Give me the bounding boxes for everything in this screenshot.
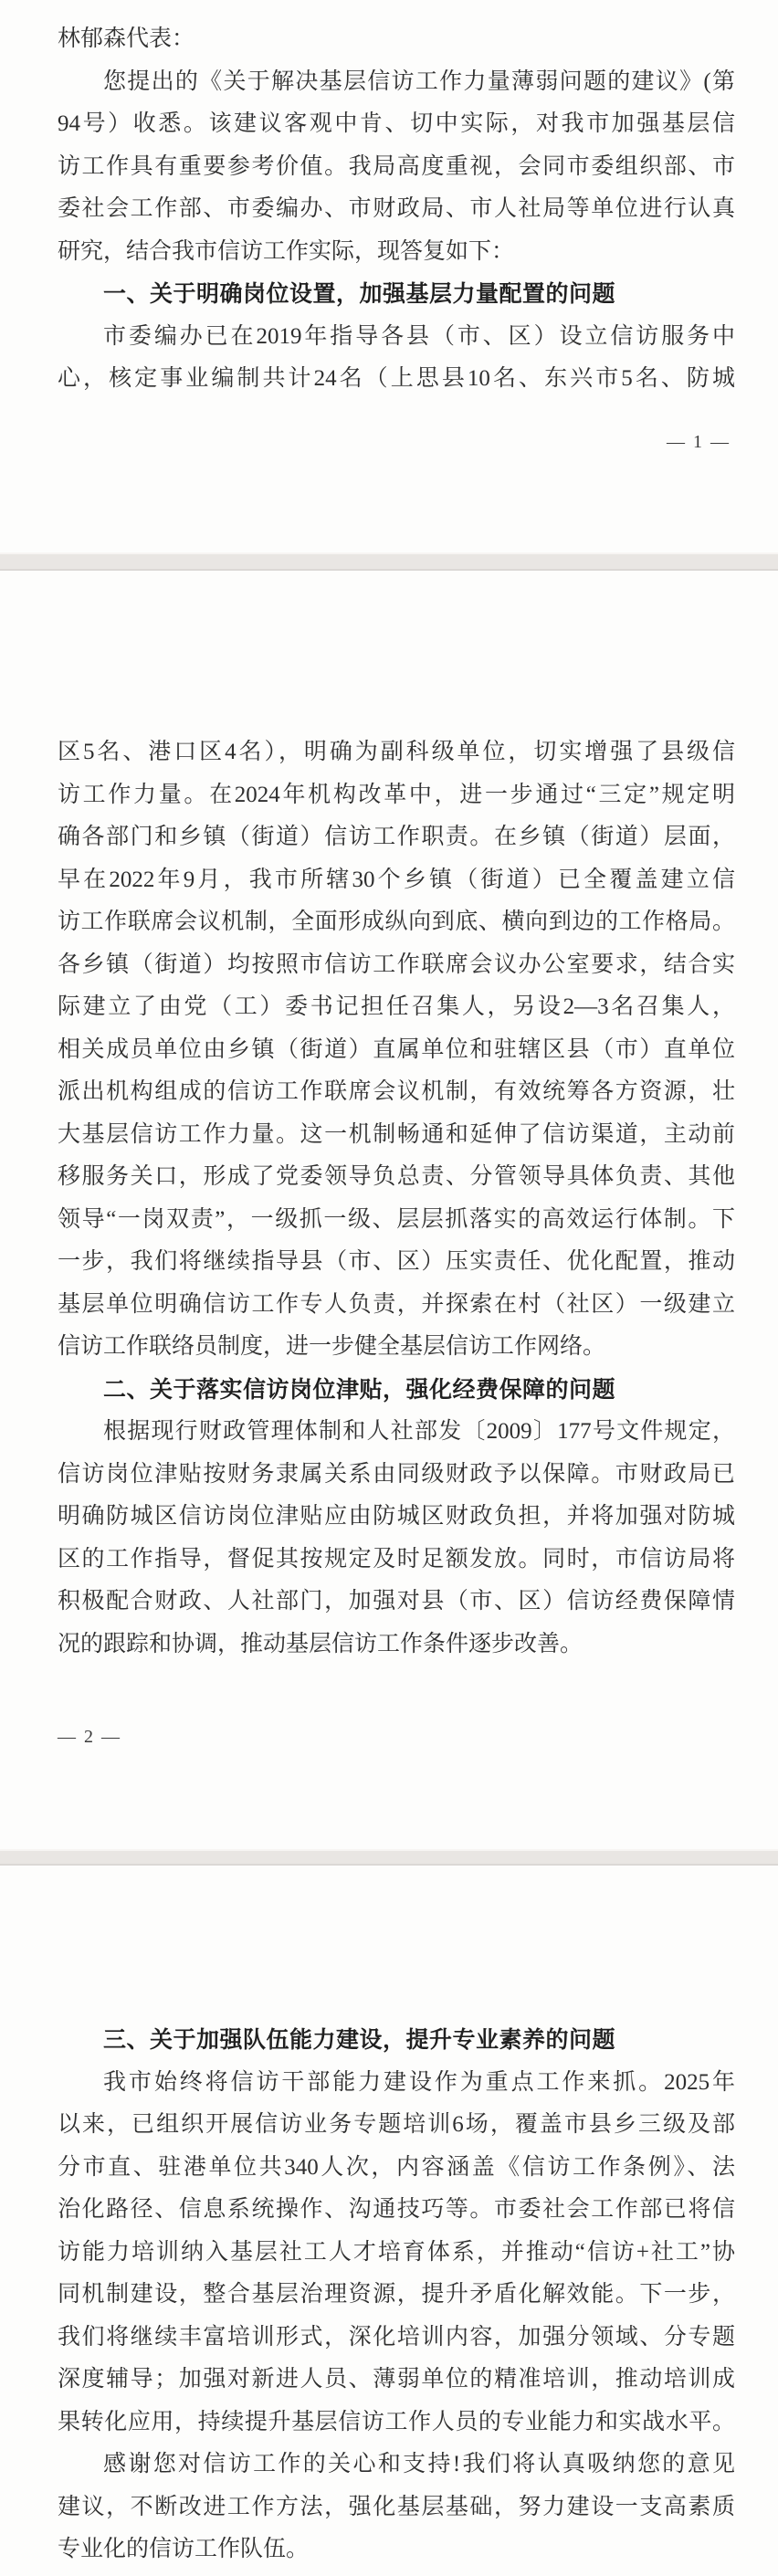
page-number-2: — 2 — (58, 1726, 731, 1748)
text-line: 果转化应用，持续提升基层信访工作人员的专业能力和实战水平。 (58, 2402, 735, 2445)
text-line: 心，核定事业编制共计24名（上思县10名、东兴市5名、防城 (58, 358, 735, 401)
text-line: 我市始终将信访干部能力建设作为重点工作来抓。2025年 (58, 2062, 735, 2105)
text-line: 信访岗位津贴按财务隶属关系由同级财政予以保障。市财政局已 (58, 1454, 735, 1497)
text-line: 专业化的信访工作队伍。 (58, 2529, 735, 2571)
text-line: 况的跟踪和协调，推动基层信访工作条件逐步改善。 (58, 1624, 735, 1667)
text-line: 领导“一岗双责”，一级抓一级、层层抓落实的高效运行体制。下 (58, 1199, 735, 1242)
text-line: 际建立了由党（工）委书记担任召集人，另设2—3名召集人， (58, 986, 735, 1029)
document-page-1: 林郁森代表：您提出的《关于解决基层信访工作力量薄弱问题的建议》(第94号）收悉。… (0, 0, 778, 552)
text-line: 分市直、驻港单位共340人次，内容涵盖《信访工作条例》、法 (58, 2147, 735, 2190)
text-line: 区5名、港口区4名），明确为副科级单位，切实增强了县级信 (58, 731, 735, 774)
text-line: 您提出的《关于解决基层信访工作力量薄弱问题的建议》(第 (58, 61, 735, 104)
text-line: 早在2022年9月，我市所辖30个乡镇（街道）已全覆盖建立信 (58, 859, 735, 902)
document-page-3: 三、关于加强队伍能力建设，提升专业素养的问题我市始终将信访干部能力建设作为重点工… (0, 1866, 778, 2576)
page-3-text-block: 三、关于加强队伍能力建设，提升专业素养的问题我市始终将信访干部能力建设作为重点工… (58, 2019, 735, 2571)
text-line: 建议，不断改进工作方法，强化基层基础，努力建设一支高素质 (58, 2487, 735, 2529)
text-line: 感谢您对信访工作的关心和支持!我们将认真吸纳您的意见 (58, 2444, 735, 2487)
text-line: 委社会工作部、市委编办、市财政局、市人社局等单位进行认真 (58, 188, 735, 231)
text-line: 治化路径、信息系统操作、沟通技巧等。市委社会工作部已将信 (58, 2189, 735, 2232)
text-line: 积极配合财政、人社部门，加强对县（市、区）信访经费保障情 (58, 1581, 735, 1624)
text-line: 移服务关口，形成了党委领导负总责、分管领导具体负责、其他 (58, 1156, 735, 1199)
text-line: 明确防城区信访岗位津贴应由防城区财政负担，并将加强对防城 (58, 1496, 735, 1539)
text-line: 以来，已组织开展信访业务专题培训6场，覆盖市县乡三级及部 (58, 2104, 735, 2147)
text-line: 访能力培训纳入基层社工人才培育体系，并推动“信访+社工”协 (58, 2232, 735, 2275)
page-1-text-block: 林郁森代表：您提出的《关于解决基层信访工作力量薄弱问题的建议》(第94号）收悉。… (58, 18, 735, 401)
text-line: 94号）收悉。该建议客观中肯、切中实际，对我市加强基层信 (58, 103, 735, 146)
text-line: 访工作联席会议机制，全面形成纵向到底、横向到边的工作格局。 (58, 901, 735, 944)
text-line: 林郁森代表： (58, 18, 735, 61)
section-heading-line: 一、关于明确岗位设置，加强基层力量配置的问题 (58, 273, 735, 316)
text-line: 基层单位明确信访工作专人负责，并探索在村（社区）一级建立 (58, 1284, 735, 1327)
text-line: 确各部门和乡镇（街道）信访工作职责。在乡镇（街道）层面， (58, 816, 735, 859)
page-break-divider-1 (0, 552, 778, 571)
section-heading-line: 二、关于落实信访岗位津贴，强化经费保障的问题 (58, 1369, 735, 1412)
text-line: 相关成员单位由乡镇（街道）直属单位和驻辖区县（市）直单位 (58, 1029, 735, 1072)
text-line: 访工作力量。在2024年机构改革中，进一步通过“三定”规定明 (58, 774, 735, 817)
text-line: 大基层信访工作力量。这一机制畅通和延伸了信访渠道，主动前 (58, 1114, 735, 1157)
text-line: 区的工作指导，督促其按规定及时足额发放。同时，市信访局将 (58, 1539, 735, 1582)
text-line: 研究，结合我市信访工作实际，现答复如下： (58, 231, 735, 274)
text-line: 我们将继续丰富培训形式，深化培训内容，加强分领域、分专题 (58, 2317, 735, 2360)
text-line: 信访工作联络员制度，进一步健全基层信访工作网络。 (58, 1326, 735, 1369)
text-line: 同机制建设，整合基层治理资源，提升矛盾化解效能。下一步， (58, 2274, 735, 2317)
page-number-1: — 1 — (58, 431, 731, 453)
text-line: 市委编办已在2019年指导各县（市、区）设立信访服务中 (58, 316, 735, 359)
page-break-divider-2 (0, 1849, 778, 1866)
section-heading-line: 三、关于加强队伍能力建设，提升专业素养的问题 (58, 2019, 735, 2062)
text-line: 根据现行财政管理体制和人社部发〔2009〕177号文件规定， (58, 1411, 735, 1454)
document-page-2: 区5名、港口区4名），明确为副科级单位，切实增强了县级信访工作力量。在2024年… (0, 571, 778, 1849)
text-line: 派出机构组成的信访工作联席会议机制，有效统筹各方资源，壮 (58, 1071, 735, 1114)
scanned-document: { "document": { "type_hint": "scanned of… (0, 0, 778, 2576)
text-line: 各乡镇（街道）均按照市信访工作联席会议办公室要求，结合实 (58, 944, 735, 987)
text-line: 访工作具有重要参考价值。我局高度重视，会同市委组织部、市 (58, 146, 735, 189)
text-line: 深度辅导；加强对新进人员、薄弱单位的精准培训，推动培训成 (58, 2359, 735, 2402)
text-line: 一步，我们将继续指导县（市、区）压实责任、优化配置，推动 (58, 1241, 735, 1284)
page-2-text-block: 区5名、港口区4名），明确为副科级单位，切实增强了县级信访工作力量。在2024年… (58, 731, 735, 1666)
